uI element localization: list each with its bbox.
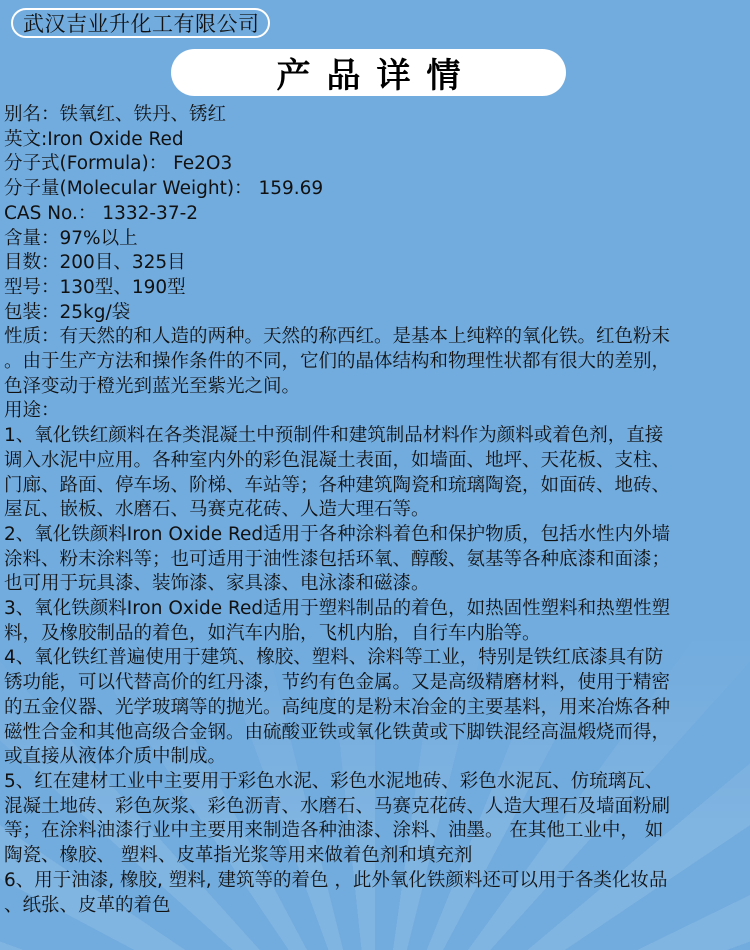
spec-cas-number: CAS No.： 1332-37-2: [4, 202, 748, 227]
use-line: 门廊、路面、停车场、阶梯、车站等；各种建筑陶瓷和琉璃陶瓷，如面砖、地砖、: [4, 474, 748, 499]
product-details: 别名：铁氧红、铁丹、锈红 英文:Iron Oxide Red 分子式(Formu…: [4, 103, 748, 918]
use-line: 2、氧化铁颜料Iron Oxide Red适用于各种涂料着色和保护物质，包括水性…: [4, 523, 748, 548]
spec-value: 200目、325目: [60, 252, 186, 273]
use-line: 锈功能，可以代替高价的红丹漆，节约有色金属。又是高级精磨材料，使用于精密: [4, 671, 748, 696]
use-item-2: 2、氧化铁颜料Iron Oxide Red适用于各种涂料着色和保护物质，包括水性…: [4, 523, 748, 597]
use-item-3: 3、氧化铁颜料Iron Oxide Red适用于塑料制品的着色，如热固性塑料和热…: [4, 597, 748, 646]
use-line: 4、氧化铁红普遍使用于建筑、橡胶、塑料、涂料等工业，特别是铁红底漆具有防: [4, 646, 748, 671]
spec-label: 别名：: [4, 104, 60, 125]
use-item-5: 5、红在建材工业中主要用于彩色水泥、彩色水泥地砖、彩色水泥瓦、仿琉璃瓦、 混凝土…: [4, 770, 748, 869]
properties-line: 色泽变动于橙光到蓝光至紫光之间。: [4, 375, 748, 400]
spec-label: 包装：: [4, 302, 60, 323]
spec-label: 目数：: [4, 252, 60, 273]
properties-line: 性质：有天然的和人造的两种。天然的称西红。是基本上纯粹的氧化铁。红色粉末: [4, 325, 748, 350]
use-line: 3、氧化铁颜料Iron Oxide Red适用于塑料制品的着色，如热固性塑料和热…: [4, 597, 748, 622]
use-line: 等；在涂料油漆行业中主要用来制造各种油漆、涂料、油墨。 在其他工业中， 如: [4, 819, 748, 844]
spec-value: 25kg/袋: [60, 302, 131, 323]
use-line: 涂料、粉末涂料等；也可适用于油性漆包括环氧、醇酸、氨基等各种底漆和面漆；: [4, 548, 748, 573]
use-line: 磁性合金和其他高级合金钢。由硫酸亚铁或氧化铁黄或下脚铁混经高温煅烧而得，: [4, 721, 748, 746]
use-line: 的五金仪器、光学玻璃等的抛光。高纯度的是粉末冶金的主要基料，用来冶炼各种: [4, 696, 748, 721]
spec-alias: 别名：铁氧红、铁丹、锈红: [4, 103, 748, 128]
spec-value: 铁氧红、铁丹、锈红: [60, 104, 227, 125]
page-title-banner: 产品详情: [171, 49, 566, 96]
spec-content: 含量：97%以上: [4, 227, 748, 252]
spec-value: 1332-37-2: [96, 203, 198, 224]
spec-packaging: 包装：25kg/袋: [4, 301, 748, 326]
company-badge: 武汉吉业升化工有限公司: [11, 8, 270, 38]
spec-value: 130型、190型: [60, 277, 186, 298]
spec-label: 分子式(Formula)：: [4, 153, 167, 174]
use-line: 或直接从液体介质中制成。: [4, 745, 748, 770]
uses-heading: 用途：: [4, 399, 748, 424]
spec-formula: 分子式(Formula)： Fe2O3: [4, 152, 748, 177]
spec-molecular-weight: 分子量(Molecular Weight)： 159.69: [4, 177, 748, 202]
use-line: 5、红在建材工业中主要用于彩色水泥、彩色水泥地砖、彩色水泥瓦、仿琉璃瓦、: [4, 770, 748, 795]
use-item-6: 6、用于油漆, 橡胶, 塑料, 建筑等的着色 ，此外氧化铁颜料还可以用于各类化妆…: [4, 869, 748, 918]
spec-label: 分子量(Molecular Weight)：: [4, 178, 253, 199]
spec-value: Iron Oxide Red: [47, 129, 183, 150]
spec-value: 97%以上: [60, 228, 138, 249]
spec-mesh: 目数：200目、325目: [4, 251, 748, 276]
properties-section: 性质：有天然的和人造的两种。天然的称西红。是基本上纯粹的氧化铁。红色粉末 。由于…: [4, 325, 748, 399]
use-line: 、纸张、皮革的着色: [4, 894, 748, 919]
spec-label: 英文:: [4, 129, 47, 150]
use-line: 料，及橡胶制品的着色，如汽车内胎，飞机内胎，自行车内胎等。: [4, 622, 748, 647]
page-title: 产品详情: [277, 48, 477, 97]
company-name: 武汉吉业升化工有限公司: [23, 8, 260, 38]
use-line: 也可用于玩具漆、装饰漆、家具漆、电泳漆和磁漆。: [4, 572, 748, 597]
spec-label: CAS No.：: [4, 203, 96, 224]
use-item-4: 4、氧化铁红普遍使用于建筑、橡胶、塑料、涂料等工业，特别是铁红底漆具有防 锈功能…: [4, 646, 748, 770]
use-line: 屋瓦、嵌板、水磨石、马赛克花砖、人造大理石等。: [4, 498, 748, 523]
spec-label: 型号：: [4, 277, 60, 298]
use-line: 调入水泥中应用。各种室内外的彩色混凝土表面，如墙面、地坪、天花板、支柱、: [4, 449, 748, 474]
spec-model: 型号：130型、190型: [4, 276, 748, 301]
spec-value: Fe2O3: [167, 153, 232, 174]
spec-english-name: 英文:Iron Oxide Red: [4, 128, 748, 153]
spec-label: 含量：: [4, 228, 60, 249]
use-item-1: 1、氧化铁红颜料在各类混凝土中预制件和建筑制品材料作为颜料或着色剂，直接 调入水…: [4, 424, 748, 523]
use-line: 陶瓷、橡胶、 塑料、皮革指光浆等用来做着色剂和填充剂: [4, 844, 748, 869]
use-line: 混凝土地砖、彩色灰浆、彩色沥青、水磨石、马赛克花砖、人造大理石及墙面粉刷: [4, 795, 748, 820]
properties-line: 。由于生产方法和操作条件的不同，它们的晶体结构和物理性状都有很大的差别，: [4, 350, 748, 375]
use-line: 1、氧化铁红颜料在各类混凝土中预制件和建筑制品材料作为颜料或着色剂，直接: [4, 424, 748, 449]
spec-value: 159.69: [253, 178, 324, 199]
use-line: 6、用于油漆, 橡胶, 塑料, 建筑等的着色 ，此外氧化铁颜料还可以用于各类化妆…: [4, 869, 748, 894]
